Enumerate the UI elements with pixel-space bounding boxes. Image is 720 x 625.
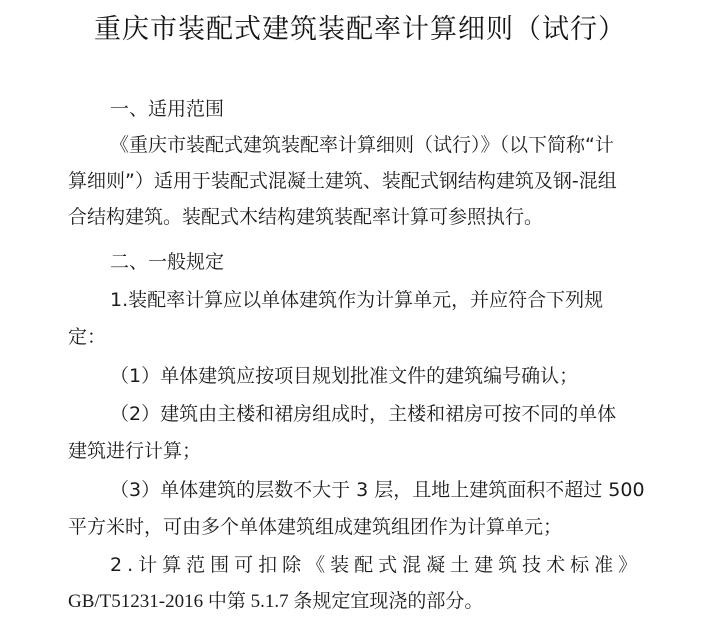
rule-1-sub-2-line-1: （2）建筑由主楼和裙房组成时，主楼和裙房可按不同的单体	[110, 399, 700, 429]
scope-paragraph-line-1: 《重庆市装配式建筑装配率计算细则（试行）》（以下简称“计	[110, 130, 700, 160]
rule-2-line-2: GB/T51231-2016 中第 5.1.7 条规定宜现浇的部分。	[68, 587, 698, 617]
document-title: 重庆市装配式建筑装配率计算细则（试行）	[0, 10, 720, 50]
rule-1-sub-3-line-2: 平方米时，可由多个单体建筑组成建筑组团作为计算单元；	[68, 512, 698, 542]
rule-1-sub-1: （1）单体建筑应按项目规划批准文件的建筑编号确认；	[110, 361, 700, 391]
scope-paragraph-line-2: 算细则”）适用于装配式混凝土建筑、装配式钢结构建筑及钢-混组	[68, 166, 698, 196]
section-heading-general: 二、一般规定	[110, 247, 700, 277]
rule-1-sub-2-line-2: 建筑进行计算；	[68, 436, 698, 466]
rule-1-line-1: 1.装配率计算应以单体建筑作为计算单元，并应符合下列规	[110, 285, 700, 315]
rule-2-line-1: 2.计算范围可扣除《装配式混凝土建筑技术标准》	[110, 550, 700, 580]
rule-1-line-2: 定：	[68, 322, 698, 352]
rule-1-sub-3-line-1: （3）单体建筑的层数不大于 3 层，且地上建筑面积不超过 500	[110, 475, 700, 505]
section-heading-scope: 一、适用范围	[110, 94, 700, 124]
scope-paragraph-line-3: 合结构建筑。装配式木结构建筑装配率计算可参照执行。	[68, 202, 698, 232]
